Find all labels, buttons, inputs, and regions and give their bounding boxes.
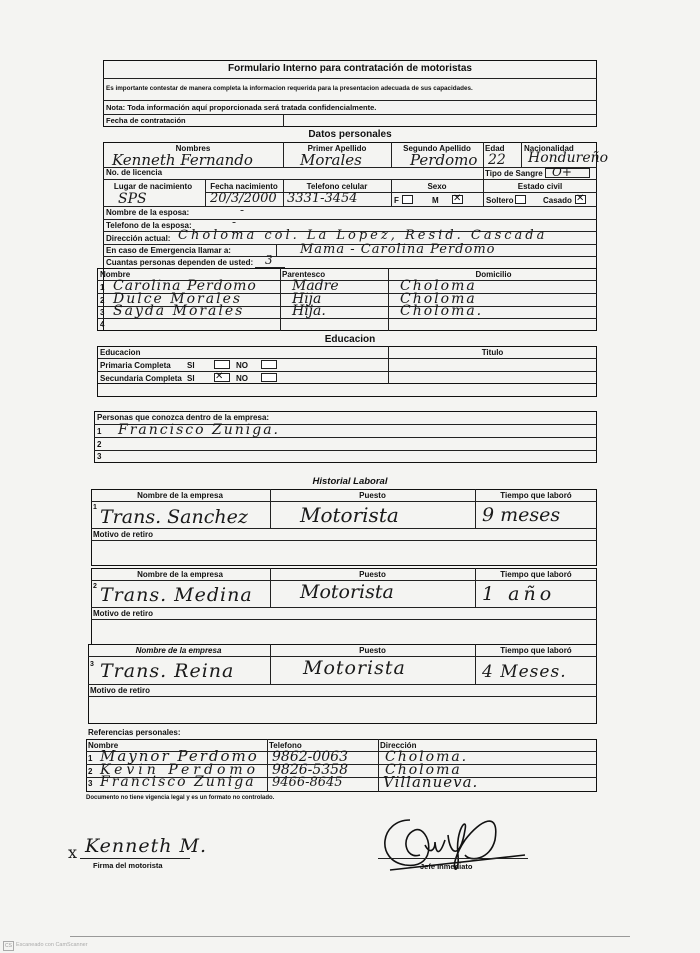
label-sexo: Sexo — [391, 182, 483, 192]
reference-name[interactable]: Francisco Zuniga — [100, 775, 256, 789]
casado-checkbox[interactable] — [575, 195, 586, 204]
form-instruction: Es importante contestar de manera comple… — [106, 84, 473, 94]
dependientes-value[interactable]: 3 — [265, 254, 273, 266]
header-puesto: Puesto — [270, 570, 475, 580]
lugar-nacimiento-value[interactable]: SPS — [118, 192, 147, 206]
primer-apellido-value[interactable]: Morales — [300, 153, 362, 168]
tipo-sangre-value: O+ — [552, 166, 572, 178]
reason-label: Motivo de retiro — [90, 686, 150, 696]
esposa-value[interactable]: - — [240, 204, 244, 216]
secundaria-no-checkbox[interactable] — [261, 373, 277, 382]
dependent-name[interactable] — [110, 319, 278, 330]
sexo-f-checkbox[interactable] — [402, 195, 413, 204]
header-tiempo: Tiempo que laboró — [475, 491, 597, 501]
row-number: 2 — [97, 440, 101, 450]
row-number: 1 — [97, 427, 101, 437]
hire-date-label: Fecha de contratación — [106, 116, 186, 126]
header-empresa: Nombre de la empresa — [91, 491, 269, 501]
telefono-esposa-value[interactable]: - — [232, 216, 236, 228]
primaria-titulo-field[interactable] — [390, 359, 595, 370]
driver-signature-label: Firma del motorista — [93, 861, 163, 871]
titulo-header: Titulo — [388, 348, 597, 358]
camscanner-icon: CS — [3, 941, 14, 951]
row-number: 3 — [88, 779, 92, 789]
job-empresa[interactable]: Trans. Medina — [100, 586, 253, 605]
row-number: 2 — [100, 296, 104, 306]
contact-name[interactable] — [108, 438, 593, 449]
signature-x-mark: x — [68, 845, 77, 861]
primaria-si-checkbox[interactable] — [214, 360, 230, 369]
form-title: Formulario Interno para contratación de … — [103, 64, 597, 74]
segundo-apellido-value[interactable]: Perdomo — [410, 153, 477, 168]
disclaimer: Documento no tiene vigencia legal y es u… — [86, 795, 274, 801]
secundaria-si-checkbox[interactable] — [214, 373, 230, 382]
job-puesto[interactable]: Motorista — [300, 505, 399, 525]
row-number: 3 — [100, 308, 104, 318]
si-label: SI — [187, 361, 195, 371]
education-header: Educacion — [100, 348, 140, 358]
label-sexo-m: M — [432, 196, 439, 206]
primaria-no-checkbox[interactable] — [261, 360, 277, 369]
reason-label: Motivo de retiro — [93, 609, 153, 619]
job-number: 2 — [93, 582, 97, 592]
sexo-m-checkbox[interactable] — [452, 195, 463, 204]
hire-date-field[interactable] — [285, 115, 595, 126]
dependent-address[interactable]: Choloma. — [400, 304, 483, 318]
row-number: 1 — [100, 283, 104, 293]
row-number: 3 — [97, 452, 101, 462]
secundaria-titulo-field[interactable] — [390, 372, 595, 383]
edad-value[interactable]: 22 — [488, 153, 506, 167]
telefono-value[interactable]: 3331-3454 — [287, 192, 358, 205]
label-casado: Casado — [543, 196, 572, 206]
driver-signature[interactable]: Kenneth M. — [85, 837, 207, 856]
primaria-label: Primaria Completa — [100, 361, 171, 371]
boss-signature-label: Jefe Inmediato — [420, 862, 473, 872]
header-puesto: Puesto — [270, 646, 475, 656]
row-number: 2 — [88, 767, 92, 777]
label-direccion: Dirección actual: — [106, 234, 170, 244]
reference-phone[interactable]: 9466-8645 — [272, 776, 343, 789]
label-soltero: Soltero — [486, 196, 514, 206]
label-estado-civil: Estado civil — [483, 182, 597, 192]
nacionalidad-value[interactable]: Hondureño — [528, 151, 608, 165]
job-number: 3 — [90, 660, 94, 670]
reason-label: Motivo de retiro — [93, 530, 153, 540]
label-sexo-f: F — [394, 196, 399, 206]
header-tiempo: Tiempo que laboró — [475, 570, 597, 580]
header-puesto: Puesto — [270, 491, 475, 501]
header-empresa: Nombre de la empresa — [88, 646, 269, 656]
scanner-watermark: Escaneado con CamScanner — [16, 942, 88, 948]
label-dependientes: Cuantas personas dependen de usted: — [106, 258, 253, 268]
no-label: NO — [236, 361, 248, 371]
job-tiempo[interactable]: 1 año — [482, 585, 555, 604]
header-empresa: Nombre de la empresa — [91, 570, 269, 580]
emergencia-value[interactable]: Mama - Carolina Perdomo — [300, 243, 495, 256]
label-tipo-sangre: Tipo de Sangre — [485, 169, 543, 179]
soltero-checkbox[interactable] — [515, 195, 526, 204]
row-number: 4 — [100, 320, 104, 330]
job-tiempo[interactable]: 4 Meses. — [482, 664, 567, 681]
licencia-field[interactable] — [180, 168, 480, 178]
reference-address[interactable]: Villanueva. — [383, 775, 478, 790]
job-puesto[interactable]: Motorista — [303, 659, 406, 678]
section-title-education: Educacion — [0, 334, 700, 345]
job-motivo-field[interactable] — [93, 621, 593, 643]
job-tiempo[interactable]: 9 meses — [482, 506, 560, 525]
nombres-value[interactable]: Kenneth Fernando — [112, 153, 253, 168]
job-motivo-field[interactable] — [90, 698, 595, 722]
label-licencia: No. de licencia — [106, 168, 162, 178]
references-label: Referencias personales: — [88, 728, 181, 738]
section-title-work-history: Historial Laboral — [0, 476, 700, 487]
job-puesto[interactable]: Motorista — [300, 583, 394, 602]
job-empresa[interactable]: Trans. Reina — [100, 662, 234, 681]
job-motivo-field[interactable] — [93, 542, 593, 564]
dependent-relationship[interactable]: Hija. — [292, 304, 326, 318]
label-esposa: Nombre de la esposa: — [106, 208, 189, 218]
dependent-name[interactable]: Sayda Morales — [113, 304, 244, 318]
label-emergencia: En caso de Emergencia llamar a: — [106, 246, 231, 256]
row-number: 1 — [88, 754, 92, 764]
job-empresa[interactable]: Trans. Sanchez — [100, 508, 248, 527]
direccion-value[interactable]: Choloma col. La Lopez, Resid. Cascada — [178, 229, 547, 242]
form-note: Nota: Toda información aquí proporcionad… — [106, 103, 376, 113]
contact-name[interactable] — [108, 451, 593, 462]
section-title-personal: Datos personales — [0, 129, 700, 140]
job-number: 1 — [93, 503, 97, 513]
header-tiempo: Tiempo que laboró — [475, 646, 597, 656]
contact-name[interactable]: Francisco Zuniga. — [118, 423, 280, 437]
